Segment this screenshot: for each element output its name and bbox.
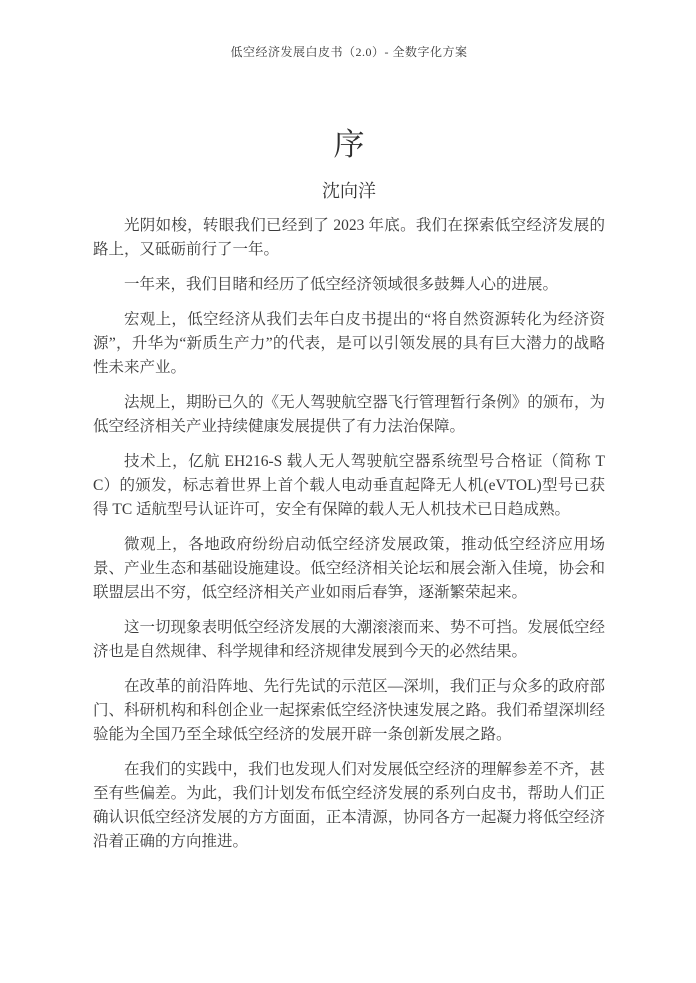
paragraph: 技术上，亿航 EH216-S 载人无人驾驶航空器系统型号合格证（简称 TC）的颁… xyxy=(93,450,605,522)
page-header: 低空经济发展白皮书（2.0）- 全数字化方案 xyxy=(93,45,605,59)
paragraph: 微观上，各地政府纷纷启动低空经济发展政策，推动低空经济应用场景、产业生态和基础设… xyxy=(93,533,605,605)
document-body: 光阴如梭，转眼我们已经到了 2023 年底。我们在探索低空经济发展的路上，又砥砺… xyxy=(93,214,605,854)
document-page: 低空经济发展白皮书（2.0）- 全数字化方案 序 沈向洋 光阴如梭，转眼我们已经… xyxy=(0,0,696,983)
paragraph: 这一切现象表明低空经济发展的大潮滚滚而来、势不可挡。发展低空经济也是自然规律、科… xyxy=(93,616,605,664)
paragraph: 宏观上，低空经济从我们去年白皮书提出的“将自然资源转化为经济资源”，升华为“新质… xyxy=(93,308,605,380)
paragraph: 一年来，我们目睹和经历了低空经济领域很多鼓舞人心的进展。 xyxy=(93,273,605,297)
paragraph: 光阴如梭，转眼我们已经到了 2023 年底。我们在探索低空经济发展的路上，又砥砺… xyxy=(93,214,605,262)
document-title: 序 xyxy=(93,127,605,163)
paragraph: 在我们的实践中，我们也发现人们对发展低空经济的理解参差不齐，甚至有些偏差。为此，… xyxy=(93,758,605,854)
paragraph: 法规上，期盼已久的《无人驾驶航空器飞行管理暂行条例》的颁布，为低空经济相关产业持… xyxy=(93,391,605,439)
paragraph: 在改革的前沿阵地、先行先试的示范区—深圳，我们正与众多的政府部门、科研机构和科创… xyxy=(93,675,605,747)
author-name: 沈向洋 xyxy=(93,179,605,203)
